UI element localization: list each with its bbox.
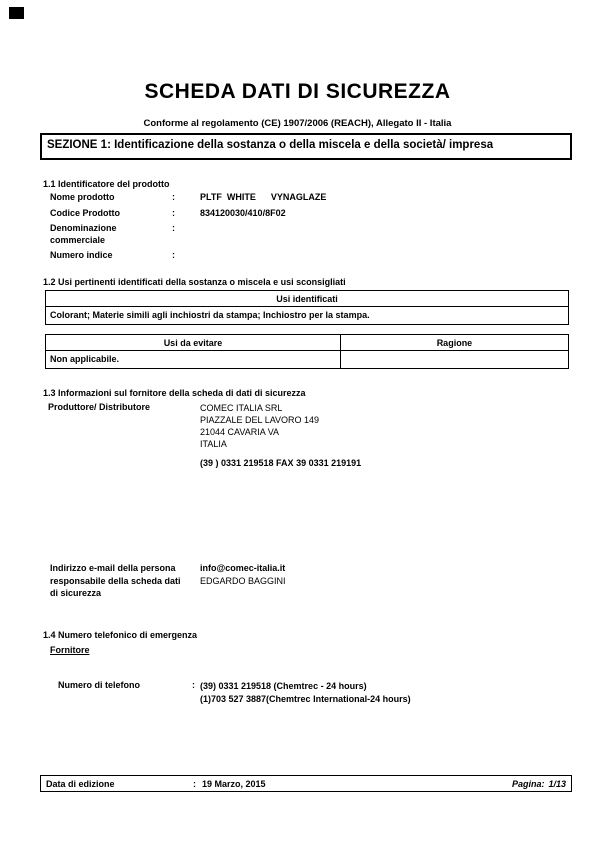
address-line-country: ITALIA xyxy=(200,438,319,450)
corner-scan-mark xyxy=(9,7,24,19)
page-number-value: 1/13 xyxy=(548,779,566,789)
subsection-1-3-heading: 1.3 Informazioni sul fornitore della sch… xyxy=(43,388,306,398)
table-header-usi-identificati: Usi identificati xyxy=(46,291,568,307)
table-header-row: Usi da evitare Ragione xyxy=(46,335,568,351)
table-header-usi-da-evitare: Usi da evitare xyxy=(46,335,341,350)
subsection-1-4-heading: 1.4 Numero telefonico di emergenza xyxy=(43,630,197,640)
field-label: Denominazione commerciale xyxy=(50,223,172,246)
address-line-company: COMEC ITALIA SRL xyxy=(200,402,319,414)
supplier-address: COMEC ITALIA SRL PIAZZALE DEL LAVORO 149… xyxy=(200,402,319,450)
field-colon: : xyxy=(172,208,200,220)
field-colon: : xyxy=(172,250,200,262)
phone-number-label: Numero di telefono xyxy=(58,680,192,706)
field-label: Numero indice xyxy=(50,250,172,262)
field-row-codice-prodotto: Codice Prodotto : 834120030/410/8F02 xyxy=(50,208,540,220)
field-colon: : xyxy=(172,223,200,246)
producer-distributor-label: Produttore/ Distributore xyxy=(48,402,150,412)
product-identifier-fields: Nome prodotto : PLTF WHITE VYNAGLAZE Cod… xyxy=(50,192,540,266)
edition-date-value: 19 Marzo, 2015 xyxy=(202,779,266,789)
section-1-heading: SEZIONE 1: Identificazione della sostanz… xyxy=(47,139,493,151)
table-cell-usi-da-evitare: Non applicabile. xyxy=(46,351,341,368)
address-line-city: 21044 CAVARIA VA xyxy=(200,426,319,438)
table-cell-ragione xyxy=(341,351,568,368)
page-number: Pagina:1/13 xyxy=(512,779,566,789)
edition-date-label: Data di edizione xyxy=(46,779,193,789)
document-title: SCHEDA DATI DI SICUREZZA xyxy=(0,80,595,104)
responsible-person-name: EDGARDO BAGGINI xyxy=(200,575,286,588)
field-value: PLTF WHITE VYNAGLAZE xyxy=(200,192,326,204)
document-subtitle: Conforme al regolamento (CE) 1907/2006 (… xyxy=(0,118,595,129)
email-responsible-label: Indirizzo e-mail della persona responsab… xyxy=(50,562,188,600)
emergency-phone-values: (39) 0331 219518 (Chemtrec - 24 hours) (… xyxy=(200,680,411,706)
supplier-phone-fax: (39 ) 0331 219518 FAX 39 0331 219191 xyxy=(200,458,361,468)
subsection-1-2-heading: 1.2 Usi pertinenti identificati della so… xyxy=(43,277,346,287)
page-number-label: Pagina: xyxy=(512,779,545,789)
email-responsible-values: info@comec-italia.it EDGARDO BAGGINI xyxy=(200,562,286,587)
uses-advised-against-table: Usi da evitare Ragione Non applicabile. xyxy=(45,334,569,369)
emergency-phone-1: (39) 0331 219518 (Chemtrec - 24 hours) xyxy=(200,680,411,693)
fornitore-subheading: Fornitore xyxy=(50,645,90,655)
emergency-phone-row: Numero di telefono : (39) 0331 219518 (C… xyxy=(58,680,411,706)
document-page: SCHEDA DATI DI SICUREZZA Conforme al reg… xyxy=(0,0,595,842)
section-1-heading-box: SEZIONE 1: Identificazione della sostanz… xyxy=(40,133,572,160)
email-address: info@comec-italia.it xyxy=(200,562,286,575)
field-row-numero-indice: Numero indice : xyxy=(50,250,540,262)
footer-colon: : xyxy=(193,779,202,789)
address-line-street: PIAZZALE DEL LAVORO 149 xyxy=(200,414,319,426)
subsection-1-1-heading: 1.1 Identificatore del prodotto xyxy=(43,179,170,189)
emergency-phone-2: (1)703 527 3887(Chemtrec International-2… xyxy=(200,693,411,706)
identified-uses-table: Usi identificati Colorant; Materie simil… xyxy=(45,290,569,325)
page-footer: Data di edizione : 19 Marzo, 2015 Pagina… xyxy=(40,775,572,792)
phone-colon: : xyxy=(192,680,200,706)
field-row-nome-prodotto: Nome prodotto : PLTF WHITE VYNAGLAZE xyxy=(50,192,540,204)
field-label: Codice Prodotto xyxy=(50,208,172,220)
field-label: Nome prodotto xyxy=(50,192,172,204)
field-colon: : xyxy=(172,192,200,204)
table-row-usi-identificati: Colorant; Materie simili agli inchiostri… xyxy=(46,307,568,324)
field-value: 834120030/410/8F02 xyxy=(200,208,286,220)
table-header-ragione: Ragione xyxy=(341,335,568,350)
field-row-denominazione-commerciale: Denominazione commerciale : xyxy=(50,223,540,246)
table-body-row: Non applicabile. xyxy=(46,351,568,368)
